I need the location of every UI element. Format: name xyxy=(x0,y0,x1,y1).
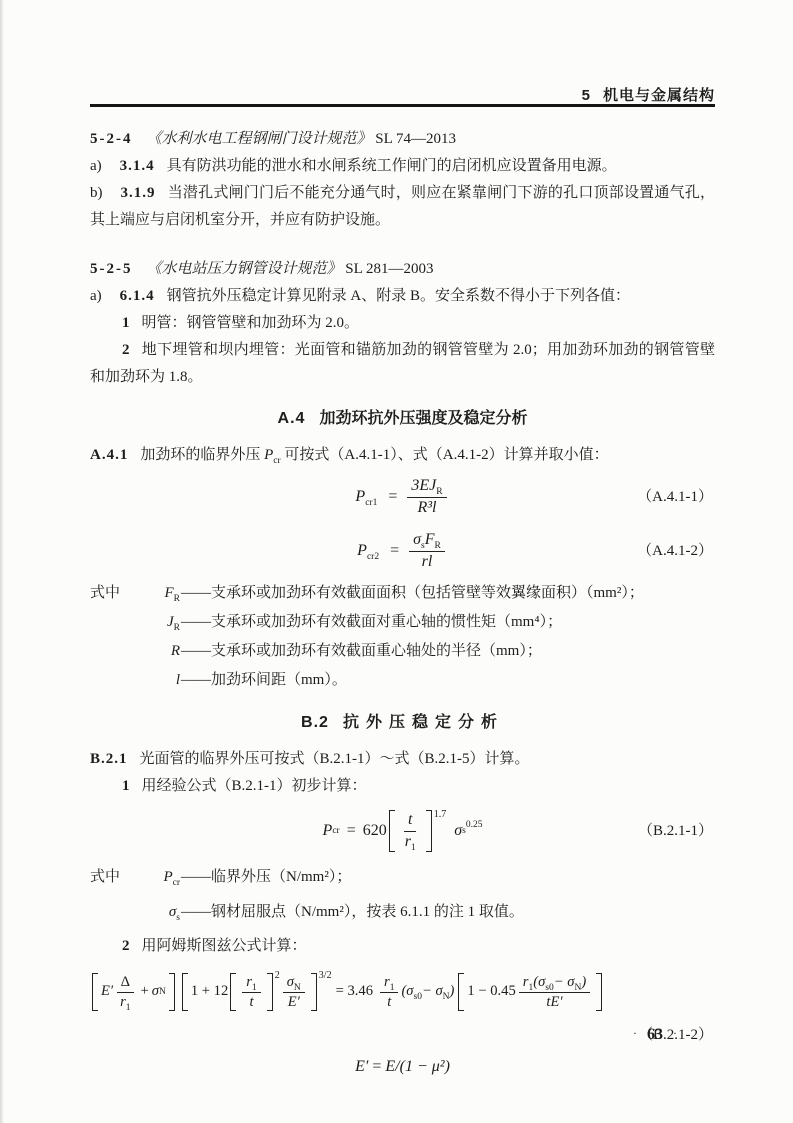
definition-row: JR ——支承环或加劲环有效截面对重心轴的惯性矩（mm⁴）； xyxy=(90,608,715,637)
formula-b212: E′Δr1+σN 1 + 12r1t2σNE′3/2 = 3.46r1t(σs0… xyxy=(90,964,715,1020)
heading-title: 抗外压稳定分析 xyxy=(343,714,504,731)
left-bracket xyxy=(389,810,395,853)
definition-row: 式中 Pcr ——临界外压（N/mm²）； xyxy=(90,862,715,892)
chapter-number: 5 xyxy=(582,87,591,104)
definition-row: R ——支承环或加劲环有效截面重心轴处的半径（mm）； xyxy=(90,637,715,666)
fraction: r1t xyxy=(380,973,398,1012)
section-number: 5-2-4 xyxy=(90,131,133,147)
definition-row: l ——加劲环间距（mm）。 xyxy=(90,666,715,695)
standard-code: SL 281—2003 xyxy=(345,261,433,277)
item-tag: b) xyxy=(90,185,103,201)
heading-title: 加劲环抗外压强度及稳定分析 xyxy=(319,410,527,427)
plus-sign: + xyxy=(141,983,149,1001)
fraction: tr1 xyxy=(401,810,420,853)
formula-e-prime: E′ = E/(1 − μ²) xyxy=(90,1054,715,1080)
math-subscript: cr xyxy=(273,456,280,466)
right-bracket xyxy=(596,973,602,1012)
equals-sign: = 3.46 xyxy=(336,983,373,1001)
equals-sign: = xyxy=(372,1058,381,1075)
symbol: R xyxy=(138,637,180,666)
right-bracket xyxy=(267,973,273,1012)
list-item: 2地下埋管和坝内埋管：光面管和锚筋加劲的钢管管壁为 2.0；用加劲环加劲的钢管管… xyxy=(90,337,715,391)
list-text: 明管：钢管管壁和加劲环为 2.0。 xyxy=(142,315,360,331)
right-bracket xyxy=(169,973,175,1012)
list-number: 1 xyxy=(122,778,130,794)
math-symbol: E′ xyxy=(101,983,113,1001)
clause-item: a)6.1.4钢管抗外压稳定计算见附录 A、附录 B。安全系数不得小于下列各值： xyxy=(90,283,715,310)
symbol: FR xyxy=(138,579,180,608)
symbol-definitions-a: 式中 FR ——支承环或加劲环有效截面面积（包括管壁等效翼缘面积）（mm²）； … xyxy=(90,579,715,695)
math-symbol: E′ xyxy=(355,1058,368,1075)
denominator: rl xyxy=(422,553,433,570)
right-bracket xyxy=(426,810,432,853)
equation: Pcr2 =σsFRrl xyxy=(357,530,448,573)
heading-number: B.2 xyxy=(301,714,329,731)
equals-sign: = xyxy=(388,488,397,505)
definition-text: ——钢材屈服点（N/mm²），按表 6.1.1 的注 1 取值。 xyxy=(181,897,715,927)
left-bracket xyxy=(92,973,98,1012)
defs-lead: 式中 xyxy=(90,862,138,892)
clause-number: 3.1.9 xyxy=(121,185,156,201)
left-bracket xyxy=(230,973,236,1012)
bracket-group: 1 − 0.45r1(σs0− σN)tE′ xyxy=(458,973,602,1012)
equation-label: （A.4.1-1） xyxy=(637,488,713,506)
fraction: r1(σs0− σN)tE′ xyxy=(519,973,590,1012)
definition-row: σs ——钢材屈服点（N/mm²），按表 6.1.1 的注 1 取值。 xyxy=(90,897,715,927)
list-number: 2 xyxy=(122,938,130,954)
fraction: σNE′ xyxy=(283,973,305,1012)
section-525-title: 5-2-5《水电站压力钢管设计规范》 SL 281—2003 xyxy=(90,256,715,283)
coefficient: 620 xyxy=(363,821,387,840)
running-header: 5机电与金属结构 xyxy=(90,84,715,105)
definition-text: ——临界外压（N/mm²）； xyxy=(181,862,715,892)
heading-number: A.4 xyxy=(278,410,306,427)
math-symbol: P xyxy=(355,488,365,505)
numerator: Δ xyxy=(117,973,134,993)
equation-label: （B.2.1-1） xyxy=(638,822,713,840)
symbol: σs xyxy=(138,897,180,927)
equals-sign: = xyxy=(390,542,399,559)
clause-text: 光面管的临界外压可按式（B.2.1-1）～式（B.2.1-5）计算。 xyxy=(140,751,530,767)
clause-item: a)3.1.4具有防洪功能的泄水和水闸系统工作闸门的启闭机应设置备用电源。 xyxy=(90,153,715,180)
bracket-group: r1t xyxy=(230,973,272,1012)
fraction: 3EJRR³l xyxy=(407,476,446,519)
fraction: r1t xyxy=(242,973,260,1012)
math-symbol: σ xyxy=(152,983,159,1001)
appendix-b2-heading: B.2抗外压稳定分析 xyxy=(90,709,715,736)
left-bracket xyxy=(182,973,188,1012)
term: 1 − 0.45 xyxy=(467,983,515,1001)
clause-number: 6.1.4 xyxy=(120,288,155,304)
list-item: 2用阿姆斯图兹公式计算： xyxy=(90,933,715,960)
clause-text: 具有防洪功能的泄水和水闸系统工作闸门的启闭机应设置备用电源。 xyxy=(167,158,617,174)
section-number: 5-2-5 xyxy=(90,261,133,277)
right-bracket xyxy=(311,973,317,1012)
item-tag: a) xyxy=(90,288,102,304)
expression: E/(1 − μ²) xyxy=(385,1058,450,1075)
math-subscript: cr2 xyxy=(367,552,379,562)
term: 1 + 12 xyxy=(191,983,228,1001)
definition-text: ——支承环或加劲环有效截面对重心轴的惯性矩（mm⁴）； xyxy=(181,608,715,637)
math-symbol: P xyxy=(323,821,333,840)
dot-icon: · xyxy=(633,1026,637,1040)
list-item: 1明管：钢管管壁和加劲环为 2.0。 xyxy=(90,310,715,337)
denominator: R³l xyxy=(417,499,436,516)
equation: Pcr =620 tr11.7 σs0.25 xyxy=(323,810,483,853)
section-524-title: 5-2-4《水利水电工程钢闸门设计规范》 SL 74—2013 xyxy=(90,126,715,153)
formula-a412: Pcr2 =σsFRrl （A.4.1-2） xyxy=(90,525,715,577)
bracket-group: 1 + 12r1t2σNE′ xyxy=(182,973,317,1012)
formula-b211: Pcr =620 tr11.7 σs0.25 （B.2.1-1） xyxy=(90,802,715,860)
definition-text: ——加劲环间距（mm）。 xyxy=(181,666,715,695)
list-text: 地下埋管和坝内埋管：光面管和锚筋加劲的钢管管壁为 2.0；用加劲环加劲的钢管管壁… xyxy=(90,342,715,385)
header-rule xyxy=(90,104,715,107)
list-item: 1用经验公式（B.2.1-1）初步计算： xyxy=(90,773,715,800)
clause-number: A.4.1 xyxy=(90,447,128,463)
document-page: 5机电与金属结构 5-2-4《水利水电工程钢闸门设计规范》 SL 74—2013… xyxy=(0,0,793,1123)
math-subscript: cr1 xyxy=(365,498,377,508)
definition-text: ——支承环或加劲环有效截面重心轴处的半径（mm）； xyxy=(181,637,715,666)
clause-a41: A.4.1加劲环的临界外压 Pcr 可按式（A.4.1-1）、式（A.4.1-2… xyxy=(90,442,715,469)
math-subscript: R xyxy=(434,541,440,551)
bracket-group: E′Δr1+σN xyxy=(92,973,175,1012)
page-number: ·63· xyxy=(623,1020,687,1048)
numerator: 3EJ xyxy=(411,477,436,494)
standard-title: 《水电站压力钢管设计规范》 xyxy=(147,261,342,277)
definition-text: ——支承环或加劲环有效截面面积（包括管壁等效翼缘面积）（mm²）； xyxy=(181,579,715,608)
math-symbol: σ xyxy=(454,821,462,840)
clause-text: 可按式（A.4.1-1）、式（A.4.1-2）计算并取小值： xyxy=(281,447,609,463)
term: (σs0− σN) xyxy=(401,983,454,1001)
standard-code: SL 74—2013 xyxy=(375,131,456,147)
clause-text: 钢管抗外压稳定计算见附录 A、附录 B。安全系数不得小于下列各值： xyxy=(167,288,630,304)
math-symbol: P xyxy=(357,542,367,559)
symbol: l xyxy=(138,666,180,695)
dot-icon: · xyxy=(673,1026,677,1040)
symbol-definitions-b: 式中 Pcr ——临界外压（N/mm²）； σs ——钢材屈服点（N/mm²），… xyxy=(90,862,715,927)
formula-a411: Pcr1 =3EJRR³l （A.4.1-1） xyxy=(90,471,715,523)
fraction: Δr1 xyxy=(116,973,134,1012)
appendix-a4-heading: A.4加劲环抗外压强度及稳定分析 xyxy=(90,405,715,432)
clause-item: b)3.1.9当潜孔式闸门门后不能充分通气时，则应在紧靠闸门下游的孔口顶部设置通… xyxy=(90,180,715,234)
equals-sign: = xyxy=(347,821,356,840)
definition-row: 式中 FR ——支承环或加劲环有效截面面积（包括管壁等效翼缘面积）（mm²）； xyxy=(90,579,715,608)
math-symbol: P xyxy=(264,447,273,463)
list-number: 2 xyxy=(122,342,130,358)
numerator: t xyxy=(408,811,412,828)
page-body: 5-2-4《水利水电工程钢闸门设计规范》 SL 74—2013 a)3.1.4具… xyxy=(90,126,715,1080)
standard-title: 《水利水电工程钢闸门设计规范》 xyxy=(147,131,372,147)
numerator: σ xyxy=(413,531,421,548)
list-number: 1 xyxy=(122,315,130,331)
clause-number: B.2.1 xyxy=(90,751,128,767)
left-bracket xyxy=(458,973,464,1012)
math-subscript: 1 xyxy=(411,843,416,853)
equation-label: （B.2.1-2） xyxy=(90,1022,715,1048)
symbol: Pcr xyxy=(138,862,180,892)
bracket-group: tr1 xyxy=(389,810,432,853)
clause-number: 3.1.4 xyxy=(120,158,155,174)
equation-label: （A.4.1-2） xyxy=(637,542,713,560)
item-tag: a) xyxy=(90,158,102,174)
clause-text: 当潜孔式闸门门后不能充分通气时，则应在紧靠闸门下游的孔口顶部设置通气孔，其上端应… xyxy=(90,185,715,228)
clause-text: 加劲环的临界外压 xyxy=(140,447,264,463)
list-text: 用经验公式（B.2.1-1）初步计算： xyxy=(142,778,367,794)
fraction: σsFRrl xyxy=(409,530,445,573)
math-subscript: R xyxy=(436,487,442,497)
list-text: 用阿姆斯图兹公式计算： xyxy=(142,938,307,954)
equation: Pcr1 =3EJRR³l xyxy=(355,476,449,519)
clause-b21: B.2.1光面管的临界外压可按式（B.2.1-1）～式（B.2.1-5）计算。 xyxy=(90,746,715,773)
defs-lead: 式中 xyxy=(90,579,138,608)
symbol: JR xyxy=(138,608,180,637)
chapter-title: 机电与金属结构 xyxy=(603,87,715,104)
